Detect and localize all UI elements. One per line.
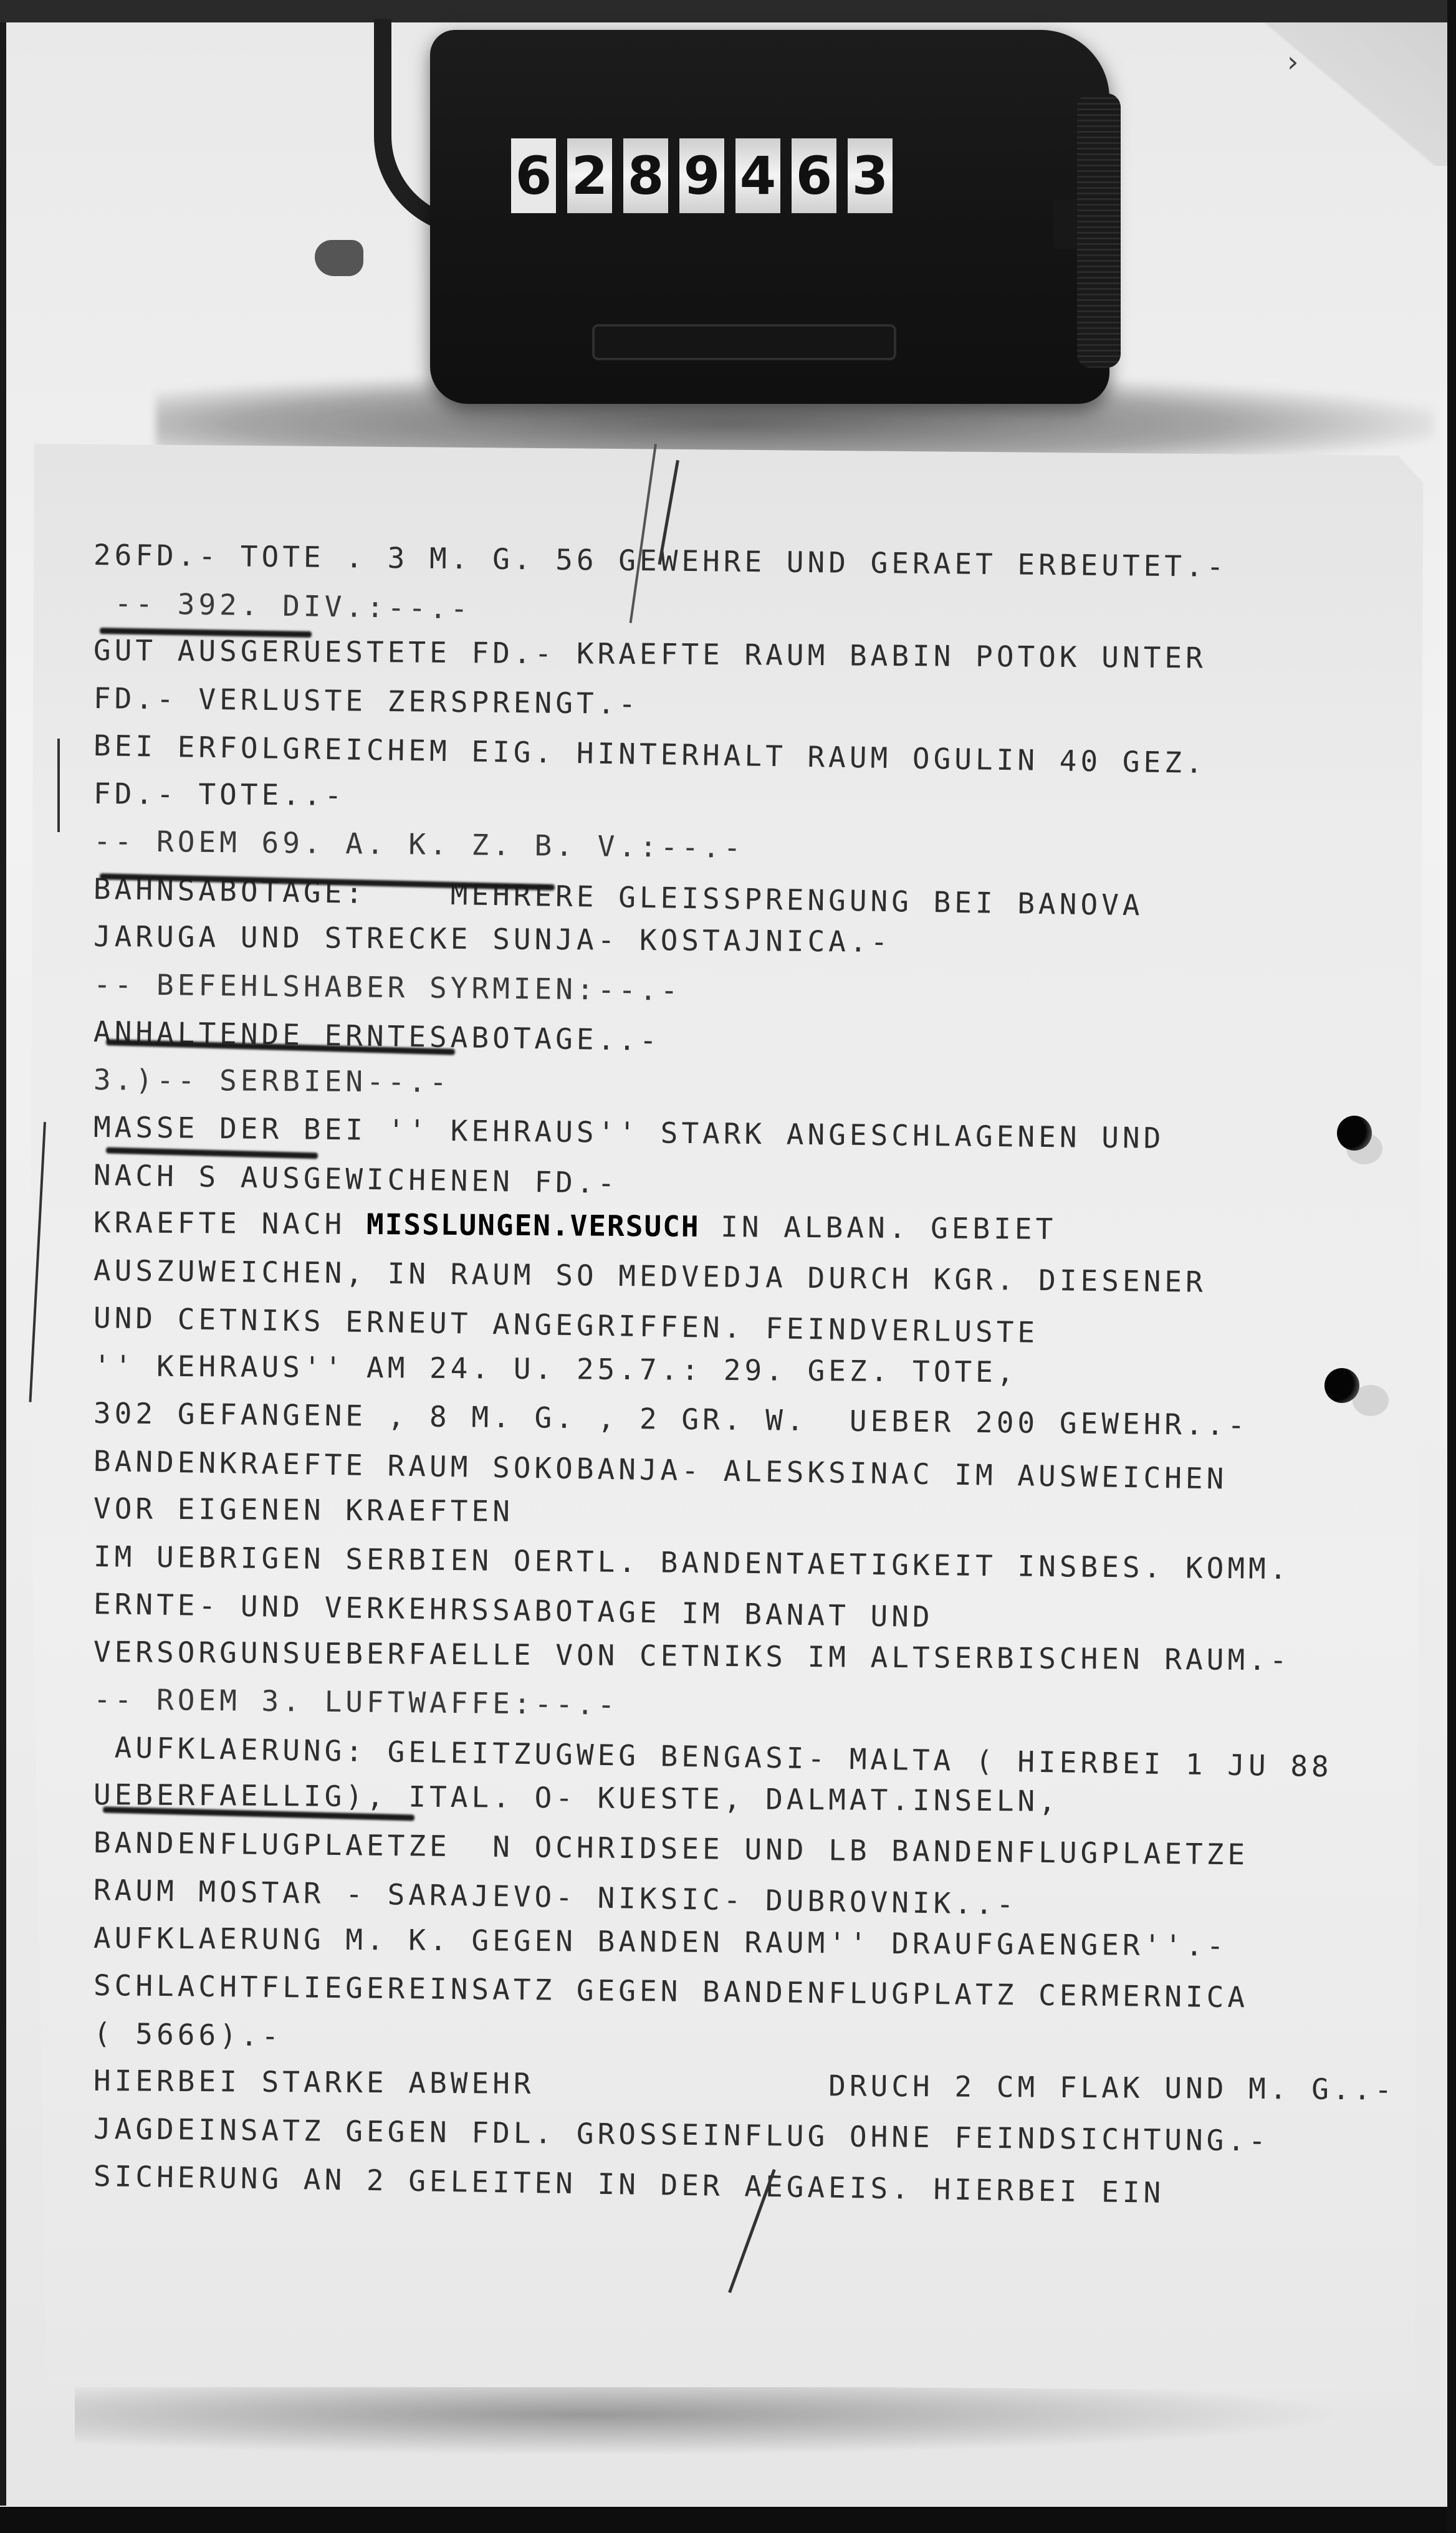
typed-text: 3.)-- SERBIEN--.- [93,1063,451,1099]
typed-line: AUFKLAERUNG M. K. GEGEN BANDEN RAUM'' DR… [93,1914,1309,1970]
typed-line: FD.- TOTE..- [93,770,1309,826]
typed-text: BANDENFLUGPLAETZE N OCHRIDSEE UND LB BAN… [93,1826,1249,1871]
typed-text: -- ROEM 3. LUFTWAFFE:--.- [93,1682,619,1721]
typed-text: -- ROEM 69. A. K. Z. B. V.:--.- [93,824,745,864]
film-border-right [1447,0,1456,2533]
typed-line: VERSORGUNSUEBERFAELLE VON CETNIKS IM ALT… [93,1628,1309,1684]
typed-text: ( 5666).- [93,2016,283,2053]
sheet-shadow [75,2387,1353,2456]
typed-text: 302 GEFANGENE , 8 M. G. , 2 GR. W. UEBER… [93,1396,1249,1442]
typed-text: SICHERUNG AN 2 GELEITEN IN DER AEGAEIS. … [93,2159,1165,2210]
counter-slot [592,324,896,360]
punch-hole [1324,1368,1359,1403]
typed-text: -- BEFEHLSHABER SYRMIEN:--.- [93,967,682,1007]
document-body: 26FD.- TOTE . 3 M. G. 56 GEWEHRE UND GER… [93,531,1309,2200]
counter-foot [315,240,363,276]
counter-digits: 6289463 [511,138,893,213]
typed-text: JAGDEINSATZ GEGEN FDL. GROSSEINFLUG OHNE… [93,2112,1270,2158]
typed-text: FD.- VERLUSTE ZERSPRENGT.- [93,681,640,721]
film-border-top [0,0,1456,22]
typed-text: HIERBEI STARKE ABWEHR DRUCH 2 CM FLAK UN… [93,2064,1396,2107]
typed-text: RAUM MOSTAR - SARAJEVO- NIKSIC- DUBROVNI… [93,1873,1018,1921]
typed-line: VOR EIGENEN KRAEFTEN [93,1485,1309,1541]
punch-hole [1337,1116,1372,1151]
typed-text: FD.- TOTE..- [93,777,346,812]
counter-reset-knob [1077,93,1121,368]
typed-text: NACH S AUSGEWICHENEN FD.- [93,1158,619,1200]
counter-digit: 9 [679,138,724,213]
overtyped-correction: MISSLUNGEN.VERSUCH [366,1207,700,1243]
counter-digit: 8 [623,138,668,213]
margin-mark [57,739,60,832]
typed-text: UND CETNIKS ERNEUT ANGEGRIFFEN. FEINDVER… [93,1301,1039,1349]
counter-digit: 3 [848,138,893,213]
typed-text: ERNTE- UND VERKEHRSSABOTAGE IM BANAT UND [93,1587,934,1634]
corner-shadow [1215,22,1447,166]
typed-text: VOR EIGENEN KRAEFTEN [93,1492,514,1528]
typed-line: '' KEHRAUS'' AM 24. U. 25.7.: 29. GEZ. T… [93,1342,1309,1398]
typed-text: '' KEHRAUS'' AM 24. U. 25.7.: 29. GEZ. T… [93,1349,1018,1389]
typed-text: AUSZUWEICHEN, IN RAUM SO MEDVEDJA DURCH … [93,1253,1207,1299]
typed-line: UEBERFAELLIG), ITAL. O- KUESTE, DALMAT.I… [93,1771,1309,1827]
counter-digit: 4 [735,138,780,213]
typed-line: KRAEFTE NACH MISSLUNGEN.VERSUCH IN ALBAN… [93,1199,1309,1255]
film-border-left [0,22,6,2506]
typed-text: KRAEFTE NACH [93,1205,366,1241]
typed-text: IM UEBRIGEN SERBIEN OERTL. BANDENTAETIGK… [93,1539,1291,1586]
typed-line: JARUGA UND STRECKE SUNJA- KOSTAJNICA.- [93,912,1309,969]
counter-digit: 2 [567,138,612,213]
typed-text: MASSE DER BEI '' KEHRAUS'' STARK ANGESCH… [93,1110,1165,1155]
corner-mark: › [1287,45,1298,79]
typed-text: AUFKLAERUNG M. K. GEGEN BANDEN RAUM'' DR… [93,1921,1228,1963]
counter-digit: 6 [792,138,836,213]
typed-text: GUT AUSGERUESTETE FD.- KRAEFTE RAUM BABI… [93,633,1207,674]
typed-text: SCHLACHTFLIEGEREINSATZ GEGEN BANDENFLUGP… [93,1968,1249,2014]
typed-text: VERSORGUNSUEBERFAELLE VON CETNIKS IM ALT… [93,1635,1291,1677]
typed-text: IN ALBAN. GEBIET [699,1210,1056,1246]
typed-text: JARUGA UND STRECKE SUNJA- KOSTAJNICA.- [93,919,892,959]
typed-text: -- 392. DIV.:--.- [93,586,472,626]
counter-digit: 6 [511,138,556,213]
section-heading-line: 3.)-- SERBIEN--.- [93,1056,1309,1112]
typed-line: HIERBEI STARKE ABWEHR DRUCH 2 CM FLAK UN… [93,2057,1309,2113]
